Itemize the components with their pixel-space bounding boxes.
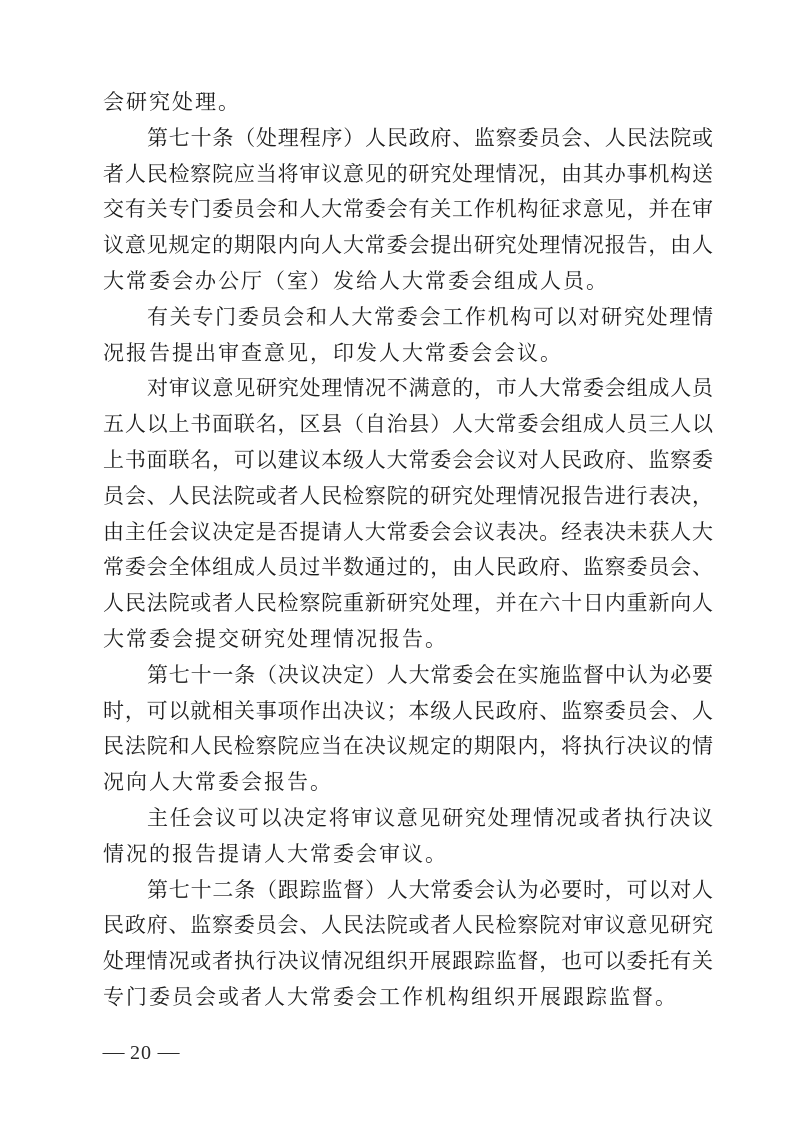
text-line: 五人以上书面联名，区县（自治县）人大常委会组成人员三人以 [103,407,713,443]
footer-left-dash: — [103,1041,125,1065]
text-line: 员会、人民法院或者人民检察院的研究处理情况报告进行表决， [103,479,713,515]
paragraph: 第七十条（处理程序）人民政府、监察委员会、人民法院或者人民检察院应当将审议意见的… [103,121,713,300]
document-page: 会研究处理。第七十条（处理程序）人民政府、监察委员会、人民法院或者人民检察院应当… [0,0,793,1122]
paragraph: 主任会议可以决定将审议意见研究处理情况或者执行决议情况的报告提请人大常委会审议。 [103,801,713,873]
text-line: 上书面联名，可以建议本级人大常委会会议对人民政府、监察委 [103,443,713,479]
text-line: 有关专门委员会和人大常委会工作机构可以对研究处理情 [103,300,713,336]
paragraph: 第七十二条（跟踪监督）人大常委会认为必要时，可以对人民政府、监察委员会、人民法院… [103,873,713,1016]
text-line: 专门委员会或者人大常委会工作机构组织开展跟踪监督。 [103,980,713,1016]
text-line: 况向人大常委会报告。 [103,765,713,801]
text-line: 人民法院或者人民检察院重新研究处理，并在六十日内重新向人 [103,586,713,622]
text-line: 民法院和人民检察院应当在决议规定的期限内，将执行决议的情 [103,729,713,765]
text-line: 由主任会议决定是否提请人大常委会会议表决。经表决未获人大 [103,515,713,551]
text-line: 议意见规定的期限内向人大常委会提出研究处理情况报告，由人 [103,228,713,264]
paragraph: 第七十一条（决议决定）人大常委会在实施监督中认为必要时，可以就相关事项作出决议；… [103,658,713,801]
text-line: 大常委会办公厅（室）发给人大常委会组成人员。 [103,264,713,300]
document-body: 会研究处理。第七十条（处理程序）人民政府、监察委员会、人民法院或者人民检察院应当… [103,85,713,1016]
text-line: 况报告提出审查意见，印发人大常委会会议。 [103,336,713,372]
text-line: 处理情况或者执行决议情况组织开展跟踪监督，也可以委托有关 [103,944,713,980]
footer-page-number: 20 [130,1041,152,1065]
footer-right-dash: — [158,1041,180,1065]
text-line: 交有关专门委员会和人大常委会有关工作机构征求意见，并在审 [103,192,713,228]
text-line: 常委会全体组成人员过半数通过的，由人民政府、监察委员会、 [103,550,713,586]
text-line: 第七十条（处理程序）人民政府、监察委员会、人民法院或 [103,121,713,157]
text-line: 主任会议可以决定将审议意见研究处理情况或者执行决议 [103,801,713,837]
text-line: 第七十二条（跟踪监督）人大常委会认为必要时，可以对人 [103,873,713,909]
paragraph: 有关专门委员会和人大常委会工作机构可以对研究处理情况报告提出审查意见，印发人大常… [103,300,713,372]
paragraph: 会研究处理。 [103,85,713,121]
paragraph: 对审议意见研究处理情况不满意的，市人大常委会组成人员五人以上书面联名，区县（自治… [103,371,713,657]
text-line: 对审议意见研究处理情况不满意的，市人大常委会组成人员 [103,371,713,407]
text-line: 民政府、监察委员会、人民法院或者人民检察院对审议意见研究 [103,908,713,944]
text-line: 第七十一条（决议决定）人大常委会在实施监督中认为必要 [103,658,713,694]
text-line: 会研究处理。 [103,85,713,121]
text-line: 时，可以就相关事项作出决议；本级人民政府、监察委员会、人 [103,694,713,730]
text-line: 大常委会提交研究处理情况报告。 [103,622,713,658]
text-line: 者人民检察院应当将审议意见的研究处理情况，由其办事机构送 [103,157,713,193]
text-line: 情况的报告提请人大常委会审议。 [103,837,713,873]
page-footer: — 20 — [104,1041,178,1065]
